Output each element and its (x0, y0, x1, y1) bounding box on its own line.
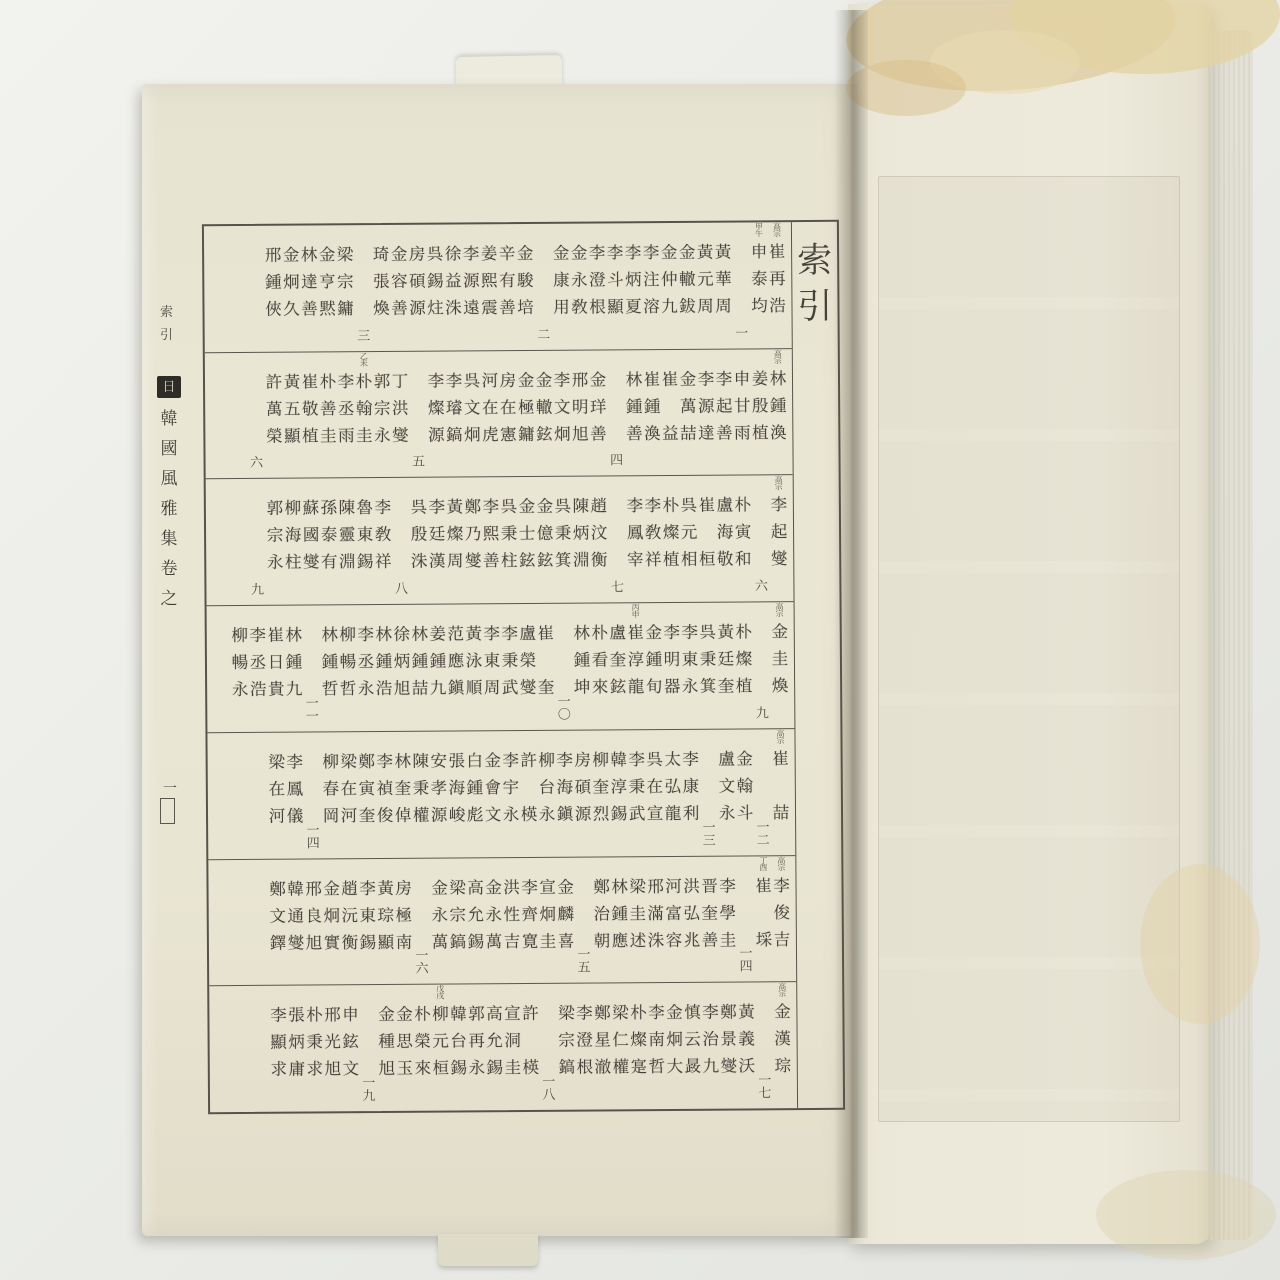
name-char: 晸 (684, 1053, 701, 1080)
spine-title-char: 卷 (161, 554, 178, 584)
name-column: 金永萬 (430, 858, 449, 984)
name-char: 奎 (592, 773, 609, 800)
name-char: 台 (450, 1028, 467, 1055)
name-char: 萬 (432, 928, 449, 955)
page-number-marker: 一三 (699, 730, 718, 856)
name-char: 容 (666, 926, 683, 953)
name-char: 李 (359, 875, 376, 902)
page-number-marker: 一 (732, 222, 751, 348)
name-char: 鍾 (611, 900, 628, 927)
show-through-print (878, 176, 1180, 1122)
name-char: 金 (666, 999, 683, 1026)
name-char: 哲 (648, 1053, 665, 1080)
name-char: 金 (518, 367, 535, 394)
name-column: 鄭乃燮 (464, 478, 483, 604)
name-char: 永 (571, 267, 588, 294)
name-char: 榮 (414, 1028, 431, 1055)
name-char: 圭 (629, 900, 646, 927)
page-number-marker: 九 (248, 479, 267, 605)
name-char: 李 (627, 493, 644, 520)
page-number-char: 一 (558, 695, 571, 708)
page-number-marker: 六 (247, 353, 266, 479)
name-column: 洪性吉 (502, 858, 521, 984)
name-char: 永 (719, 799, 736, 826)
name-column: 朴燦植 (662, 476, 681, 602)
name-char: 源 (431, 801, 448, 828)
name-column: 申鉉文 (341, 985, 360, 1111)
name-char: 金 (283, 242, 300, 269)
name-char: 培 (517, 294, 534, 321)
name-char: 敬 (302, 395, 319, 422)
name-char: 善 (716, 419, 733, 446)
name-char: 敬 (717, 546, 734, 573)
name-char: 李 (716, 365, 733, 392)
name-char: 祥 (645, 546, 662, 573)
page-number-char: 五 (578, 961, 591, 974)
page-number-char: 四 (740, 960, 753, 973)
name-char: 琮 (774, 1052, 791, 1079)
page-number-marker: 一九 (359, 985, 378, 1111)
name-char: 求 (270, 1056, 287, 1083)
protruding-page-bottom (438, 1234, 538, 1266)
name-char: 鍾 (265, 269, 282, 296)
page-number-marker: 六 (752, 476, 771, 602)
name-char: 崔 (755, 872, 772, 899)
name-column: 盧文永 (717, 729, 736, 855)
name-char: 郭 (468, 1001, 485, 1028)
name-column: 金炯大 (665, 983, 684, 1109)
name-char: 金 (396, 1001, 413, 1028)
name-char: 澄 (589, 266, 606, 293)
name-column: 呉錫炷 (426, 225, 445, 351)
name-column: 李鳳儀 (285, 732, 304, 858)
name-char: 起 (716, 392, 733, 419)
page-number-char: 六 (250, 456, 263, 469)
name-column: 金仲九 (660, 223, 679, 349)
name-char: 丞 (358, 648, 375, 675)
name-char: 李 (625, 239, 642, 266)
name-char: 徐 (445, 240, 462, 267)
name-char: 弘 (683, 899, 700, 926)
name-char: 文 (554, 393, 571, 420)
name-char: 秉 (306, 1029, 323, 1056)
name-char: 李 (501, 620, 518, 647)
name-column: 李注溶 (642, 223, 661, 349)
name-char: 永 (232, 676, 249, 703)
name-char: 崔 (662, 366, 679, 393)
name-char: 鎬 (558, 1054, 575, 1081)
name-char: 渙 (644, 420, 661, 447)
name-char: 炳 (288, 1029, 305, 1056)
page-number-char: 二 (537, 328, 550, 341)
page-number-char: 三 (703, 833, 716, 846)
name-column: 韓通燮 (286, 859, 305, 985)
name-column: 盧海敬 (716, 476, 735, 602)
name-column: 房極南 (394, 858, 413, 984)
name-char: 煥 (772, 672, 789, 699)
name-char: 種 (378, 1028, 395, 1055)
name-char: 元 (432, 1028, 449, 1055)
name-char: 炯 (666, 1026, 683, 1053)
name-column: 金會文 (483, 731, 502, 857)
name-column: 林鍾喆 (411, 605, 430, 731)
name-char: 金 (771, 618, 788, 645)
era-label: 高宗 (776, 729, 784, 745)
name-char: 林 (770, 365, 787, 392)
name-char: 燮 (303, 549, 320, 576)
name-char: 周 (447, 548, 464, 575)
name-char: 錫 (360, 929, 377, 956)
name-column: 陳靈淵 (338, 479, 357, 605)
name-char: 岡 (323, 802, 340, 829)
name-char: 柳 (322, 748, 339, 775)
era-label: 甲午 (755, 222, 763, 238)
name-char: 東 (484, 647, 501, 674)
name-char: 梁 (449, 874, 466, 901)
name-char: 鉉 (610, 673, 627, 700)
name-column: 黃廷奎 (717, 603, 736, 729)
name-column: 李康利 (681, 730, 700, 856)
name-char: 翰 (356, 395, 373, 422)
name-char: 鍾 (644, 393, 661, 420)
name-column: 郭宗永 (266, 479, 285, 605)
name-column: 金思玉 (395, 985, 414, 1111)
name-column: 李海鎭 (555, 731, 574, 857)
name-char: 鎭 (448, 675, 465, 702)
name-column: 朴善圭 (319, 352, 338, 478)
name-column: 李禎俊 (375, 732, 394, 858)
name-char: 申 (734, 365, 751, 392)
name-char: 黃 (284, 368, 301, 395)
name-char: 秉 (501, 520, 518, 547)
name-char: 秉 (555, 520, 572, 547)
name-char: 善 (301, 295, 318, 322)
name-char: 東 (357, 521, 374, 548)
name-column: 丁洪燮 (391, 352, 410, 478)
name-column: 李東周 (483, 604, 502, 730)
name-char: 在 (500, 394, 517, 421)
name-column: 李熙善 (482, 478, 501, 604)
name-char: 黃 (697, 239, 714, 266)
name-column: 梁在河 (339, 732, 358, 858)
name-column: 太弘龍 (663, 730, 682, 856)
name-char: 柳 (285, 495, 302, 522)
name-char: 金 (391, 241, 408, 268)
name-char: 在 (341, 775, 358, 802)
name-char: 光 (324, 1029, 341, 1056)
index-title-column: 索引 (791, 222, 843, 1108)
name-char: 燦 (447, 521, 464, 548)
name-char: 奎 (359, 802, 376, 829)
page-number-marker: 一一 (303, 606, 322, 732)
name-char: 桓 (432, 1055, 449, 1082)
name-char: 九 (702, 1053, 719, 1080)
name-char: 顯 (284, 422, 301, 449)
name-char: 淵 (573, 547, 590, 574)
name-char: 崔 (644, 366, 661, 393)
name-char: 林 (626, 366, 643, 393)
name-column: 慎云晸 (683, 983, 702, 1109)
name-char: 炷 (427, 295, 444, 322)
name-char: 源 (409, 295, 426, 322)
name-column: 邢良旭 (304, 859, 323, 985)
name-column: 郭再永 (467, 985, 486, 1111)
name-column: 高允錫 (485, 984, 504, 1110)
name-char: 善 (626, 420, 643, 447)
name-char: 朴 (320, 368, 337, 395)
name-char: 梁 (629, 873, 646, 900)
name-char: 孫 (321, 495, 338, 522)
name-char: 金 (661, 239, 678, 266)
name-column: 梁仁權 (611, 984, 630, 1110)
name-char: 洙 (411, 548, 428, 575)
name-char: 邢 (647, 873, 664, 900)
name-char: 鍾 (412, 648, 429, 675)
spine-title-char: 之 (161, 584, 178, 614)
name-char: 金 (590, 366, 607, 393)
index-row: 高宗崔再浩甲午申泰均一黃華周黃元周金轍鈸金仲九李注溶李炳夏李斗顯李澄根金永敎金康… (204, 222, 792, 352)
name-char: 黃 (447, 494, 464, 521)
name-column: 高宗李起燮 (770, 476, 789, 602)
spine-title-char: 韓 (161, 404, 178, 434)
era-label: 高宗 (775, 476, 783, 492)
name-char: 鎬 (446, 421, 463, 448)
paper-stain (1140, 864, 1260, 1024)
name-column: 姜鍾九 (429, 605, 448, 731)
name-char: 鄭 (594, 1000, 611, 1027)
name-char: 韓 (450, 1001, 467, 1028)
name-char: 申 (751, 238, 768, 265)
name-char: 南 (648, 1026, 665, 1053)
name-char: 呉 (555, 493, 572, 520)
name-column: 趙汶衡 (590, 477, 609, 603)
name-char: 呉 (411, 494, 428, 521)
name-char: 哲 (322, 675, 339, 702)
name-char: 呉 (427, 241, 444, 268)
name-column: 丙申崔淳龍 (627, 603, 646, 729)
name-char: 宣 (504, 1000, 521, 1027)
page-number-marker: 一七 (755, 983, 774, 1109)
name-char: 洪 (503, 874, 520, 901)
name-char: 乃 (465, 521, 482, 548)
name-column: 柳奎烈 (591, 730, 610, 856)
name-char: 喆 (412, 675, 429, 702)
name-char: 益 (662, 420, 679, 447)
name-char: 柳 (339, 621, 356, 648)
name-column: 金亨黙 (318, 225, 337, 351)
name-char: 金 (517, 240, 534, 267)
name-char: 鏞 (337, 295, 354, 322)
name-column: 呉元相 (680, 476, 699, 602)
name-char: 康 (682, 773, 699, 800)
page-number-marker: 三 (354, 225, 373, 351)
name-column: 李文炯 (553, 350, 572, 476)
name-char: 永 (431, 901, 448, 928)
name-char: 金 (571, 240, 588, 267)
name-char: 淵 (339, 549, 356, 576)
name-column: 李丞雨 (337, 352, 356, 478)
name-char: 鳳 (627, 520, 644, 547)
name-char: 圭 (540, 927, 557, 954)
name-char: 坤 (574, 674, 591, 701)
name-column: 崔益 (661, 350, 680, 476)
name-column: 河富容 (664, 856, 683, 982)
page-number-char: 八 (395, 582, 408, 595)
name-char: 九 (430, 675, 447, 702)
name-column: 魯東錫 (356, 478, 375, 604)
page-number-char: 一 (307, 823, 320, 836)
name-column: 李璿鎬 (445, 351, 464, 477)
name-char: 鍾 (286, 649, 303, 676)
name-char: 源 (575, 800, 592, 827)
name-char: 盧 (519, 620, 536, 647)
name-char: 燮 (392, 422, 409, 449)
name-char: 均 (751, 292, 768, 319)
name-char: 衡 (342, 929, 359, 956)
name-char: 海 (448, 774, 465, 801)
page-stack-edge (1205, 30, 1253, 1240)
paper-stain (1096, 1170, 1276, 1260)
name-column: 高宗崔喆 (771, 729, 790, 855)
name-char: 洞 (504, 1027, 521, 1054)
name-char: 利 (683, 800, 700, 827)
page-number-marker: 一五 (574, 857, 593, 983)
name-char: 達 (301, 268, 318, 295)
index-row: 高宗林鍾渙姜殷植申甘雨李起善李源達金萬喆崔益崔鍾渙林鍾善四金珜善邢明旭李文炯金轍… (205, 348, 793, 479)
name-char: 應 (612, 927, 629, 954)
name-char: 永 (682, 673, 699, 700)
name-column: 邢鍾俠 (264, 226, 283, 352)
name-char: 東 (359, 902, 376, 929)
name-char: 實 (324, 929, 341, 956)
name-column: 金萬喆 (679, 350, 698, 476)
name-column: 朴燦寔 (629, 983, 648, 1109)
name-char: 植 (302, 422, 319, 449)
name-char: 士 (519, 520, 536, 547)
name-char: 李 (576, 1000, 593, 1027)
name-column: 李南哲 (647, 983, 666, 1109)
name-column: 黃元周 (696, 223, 715, 349)
name-char: 李 (698, 365, 715, 392)
name-char: 璿 (446, 394, 463, 421)
name-char: 金 (484, 747, 501, 774)
name-char: 崔 (267, 622, 284, 649)
name-char: 崔 (537, 620, 554, 647)
name-char: 洪 (683, 872, 700, 899)
page-number-marker: 一〇 (555, 604, 574, 730)
name-char: 遠 (463, 294, 480, 321)
spine-volume-number: 一 (163, 778, 177, 798)
name-char: 晋 (701, 872, 718, 899)
name-char: 善 (483, 548, 500, 575)
name-char: 炳 (394, 648, 411, 675)
name-char: 泰 (321, 522, 338, 549)
name-char: 善 (320, 395, 337, 422)
name-char: 萬 (680, 393, 697, 420)
name-char: 金 (378, 1001, 395, 1028)
page-number-marker: 九 (753, 602, 772, 728)
index-row: 高宗崔喆一二金翰斗盧文永一三李康利太弘龍呉在宣李秉武韓淳錫柳奎烈房碩源李海鎭柳台… (207, 728, 795, 859)
name-char: 鎬 (450, 928, 467, 955)
page-number-char: 五 (412, 455, 425, 468)
name-column: 林鍾應 (610, 857, 629, 983)
name-char: 澄 (576, 1027, 593, 1054)
name-char: 寔 (630, 1053, 647, 1080)
name-char: 金 (645, 619, 662, 646)
page-number-char: 〇 (558, 708, 571, 721)
name-column: 李宇永 (501, 731, 520, 857)
spine-title-char: 雅 (161, 494, 178, 524)
name-char: 埰 (756, 926, 773, 953)
name-char: 錫 (357, 548, 374, 575)
name-char: 朴 (356, 368, 373, 395)
era-label: 高宗 (776, 602, 784, 618)
name-char: 倬 (395, 802, 412, 829)
page-number-char: 六 (755, 579, 768, 592)
name-column: 林鍾坤 (573, 604, 592, 730)
name-char: 金 (319, 241, 336, 268)
name-column: 李澄根 (588, 223, 607, 349)
name-char: 陳 (339, 495, 356, 522)
name-column: 張海峻 (447, 731, 466, 857)
name-char: 永 (468, 1055, 485, 1082)
index-row: 高宗李俊吉丁酉崔埰一四李學圭晋奎善洪弘兆河富容邢滿洙梁圭述林鍾應鄭治朝一五金麟喜… (208, 855, 796, 986)
name-char: 金 (431, 874, 448, 901)
spine-title: 韓國風雅集卷之 (156, 404, 182, 614)
name-column: 黃華周 (714, 223, 733, 349)
name-char: 求 (306, 1056, 323, 1083)
name-char: 白 (466, 747, 483, 774)
name-char: 徐 (393, 621, 410, 648)
name-column: 韓淳錫 (609, 730, 628, 856)
name-char: 黃 (377, 875, 394, 902)
name-char: 周 (715, 293, 732, 320)
name-char: 丞 (338, 395, 355, 422)
name-char: 善 (590, 420, 607, 447)
name-char: 俊 (377, 802, 394, 829)
name-char: 邢 (305, 875, 322, 902)
index-table: 高宗崔再浩甲午申泰均一黃華周黃元周金轍鈸金仲九李注溶李炳夏李斗顯李澄根金永敎金康… (202, 220, 845, 1114)
page-number-char: 一 (703, 820, 716, 833)
name-char: 在 (482, 394, 499, 421)
page-number-char: 四 (307, 836, 320, 849)
page-number-char: 四 (610, 454, 623, 467)
name-column: 黃泳順 (465, 604, 484, 730)
era-label: 丁酉 (759, 856, 767, 872)
name-char: 炯 (539, 900, 556, 927)
name-char: 鍾 (770, 392, 787, 419)
name-char: 金 (679, 239, 696, 266)
name-char: 哲 (340, 675, 357, 702)
name-char: 植 (663, 546, 680, 573)
name-column: 李炳夏 (624, 223, 643, 349)
name-char: 烈 (593, 800, 610, 827)
name-char: 許 (266, 368, 283, 395)
name-column: 甲午申泰均 (750, 222, 769, 348)
name-char: 李 (681, 619, 698, 646)
name-char: 弘 (664, 773, 681, 800)
name-char: 寅 (359, 775, 376, 802)
name-column: 金康用 (552, 224, 571, 350)
name-column: 盧榮燮 (519, 604, 538, 730)
name-column: 晋奎善 (700, 856, 719, 982)
name-column: 李敎祥 (644, 476, 663, 602)
name-char: 雨 (734, 419, 751, 446)
name-char: 明 (572, 393, 589, 420)
name-char: 汶 (591, 520, 608, 547)
name-char: 良 (305, 902, 322, 929)
page-title-char: 索 (797, 238, 832, 284)
